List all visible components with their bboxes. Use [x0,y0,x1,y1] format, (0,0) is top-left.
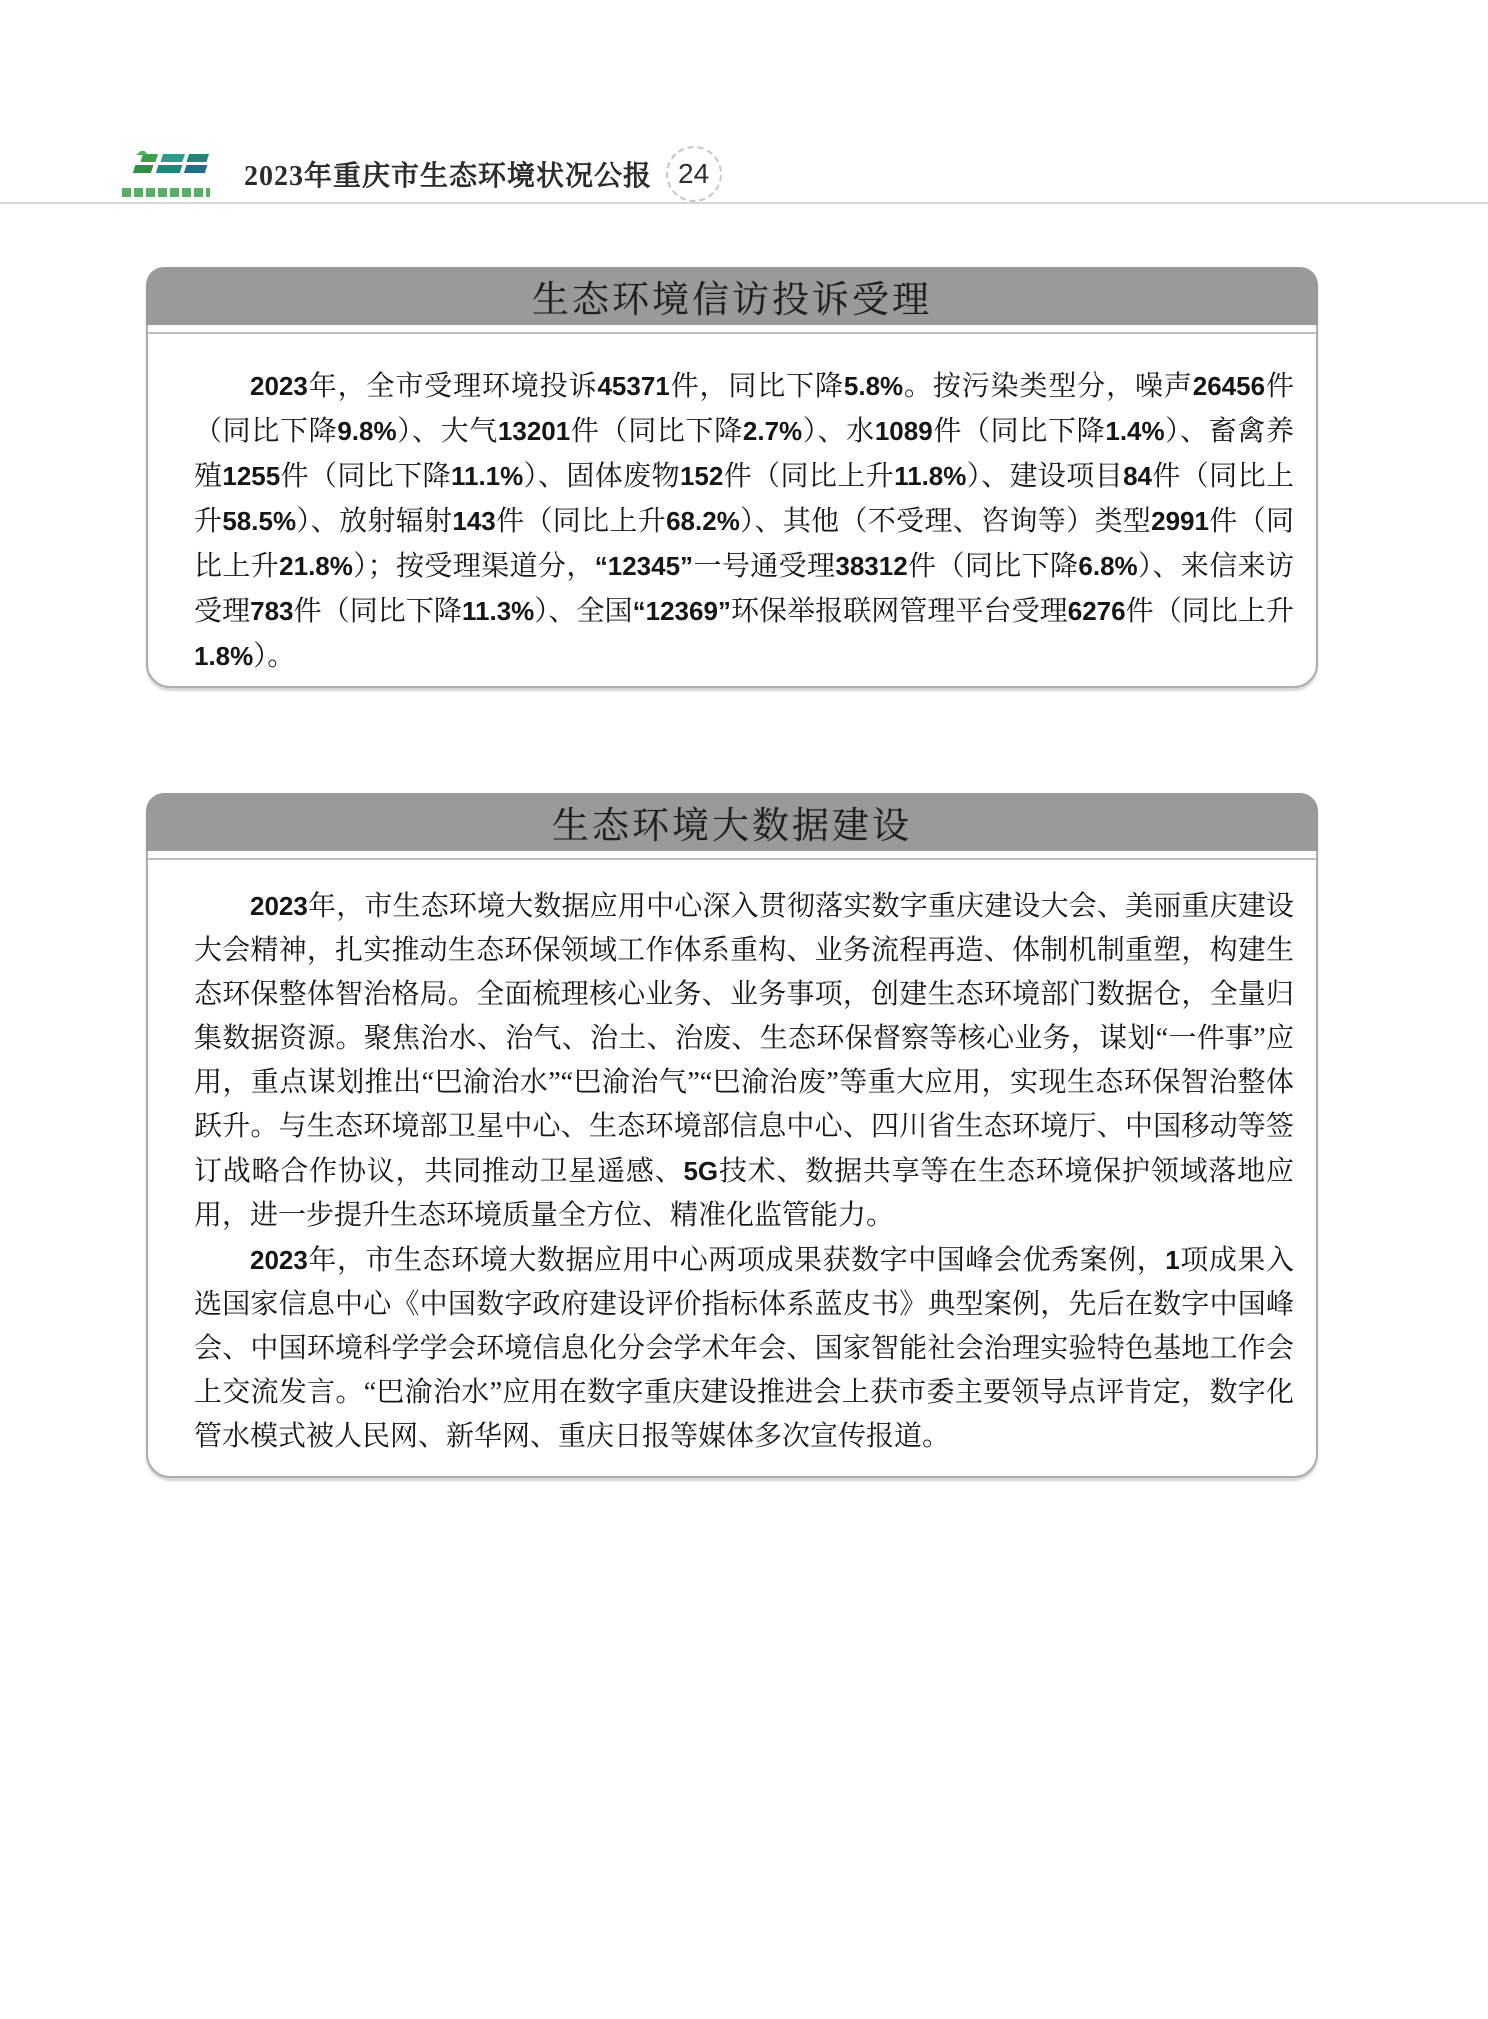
page-number: 24 [678,158,709,190]
section-complaints-body: 2023年，全市受理环境投诉45371件，同比下降5.8%。按污染类型分，噪声2… [148,334,1316,679]
bigdata-paragraph-2: 2023年，市生态环境大数据应用中心两项成果获数字中国峰会优秀案例，1项成果入选… [194,1238,1294,1459]
header-divider [0,202,1488,204]
section-complaints-title: 生态环境信访投诉受理 [532,269,932,323]
bigdata-paragraph-1: 2023年，市生态环境大数据应用中心深入贯彻落实数字重庆建设大会、美丽重庆建设大… [194,884,1294,1238]
header-gap [148,851,1316,858]
cqee-logo-mark [118,151,222,181]
section-bigdata-body: 2023年，市生态环境大数据应用中心深入贯彻落实数字重庆建设大会、美丽重庆建设大… [148,860,1316,1459]
section-bigdata-title: 生态环境大数据建设 [552,795,912,849]
page-number-badge: 24 [662,142,725,205]
section-bigdata: 生态环境大数据建设 2023年，市生态环境大数据应用中心深入贯彻落实数字重庆建设… [146,793,1318,1478]
document-page: 2023年重庆市生态环境状况公报 24 生态环境信访投诉受理 2023年，全市受… [0,0,1488,2019]
page-header: 2023年重庆市生态环境状况公报 24 [118,146,1378,202]
section-complaints: 生态环境信访投诉受理 2023年，全市受理环境投诉45371件，同比下降5.8%… [146,267,1318,688]
logo-tagline [122,188,210,197]
header-gap [148,325,1316,332]
report-title: 2023年重庆市生态环境状况公报 [244,154,652,194]
complaints-paragraph: 2023年，全市受理环境投诉45371件，同比下降5.8%。按污染类型分，噪声2… [194,364,1294,679]
cqee-logo [118,151,230,197]
section-complaints-header: 生态环境信访投诉受理 [146,267,1318,325]
section-bigdata-header: 生态环境大数据建设 [146,793,1318,851]
